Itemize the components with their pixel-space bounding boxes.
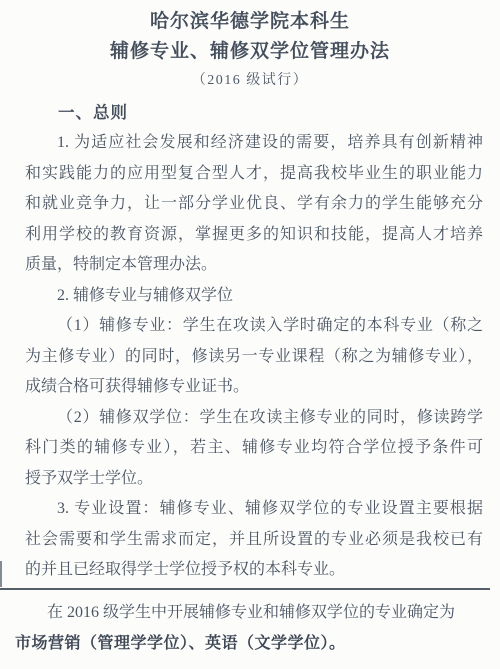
paragraph-line: 科门类的辅修专业），若主、辅修专业均符合学位授予条件可	[25, 433, 483, 464]
paragraph-line: 3. 专业设置：辅修专业、辅修双学位的专业设置主要根据	[25, 494, 483, 525]
section-heading: 一、总则	[25, 98, 483, 128]
document-title-line-1: 哈尔滨华德学院本科生	[0, 7, 500, 37]
scan-edge-artifact	[0, 561, 2, 587]
paragraph-line: 为主修专业）的同时，修读另一专业课程（称之为辅修专业），	[25, 342, 483, 373]
paragraph-line: 质量，特制定本管理办法。	[25, 250, 483, 281]
paragraph-line: 社会需要和学生需求而定，并且所设置的专业必须是我校已有	[25, 525, 483, 556]
document-title-line-2: 辅修专业、辅修双学位管理办法	[0, 37, 500, 67]
document-footer: 在 2016 级学生中开展辅修专业和辅修双学位的专业确定为 市场营销（管理学学位…	[0, 590, 500, 659]
paragraph-line: 1. 为适应社会发展和经济建设的需要，培养具有创新精神	[25, 128, 483, 159]
footer-line-majors: 市场营销（管理学学位）、英语（文学学位）。	[15, 628, 480, 659]
footer-line: 在 2016 级学生中开展辅修专业和辅修双学位的专业确定为	[15, 597, 480, 628]
paragraph-line: 2. 辅修专业与辅修双学位	[25, 281, 483, 312]
document-header: 哈尔滨华德学院本科生 辅修专业、辅修双学位管理办法 （2016 级试行）	[0, 0, 500, 94]
paragraph-line: 和实践能力的应用型复合型人才，提高我校毕业生的职业能力	[25, 159, 483, 190]
paragraph-line: （2）辅修双学位：学生在攻读主修专业的同时，修读跨学	[25, 403, 483, 434]
document-page: 哈尔滨华德学院本科生 辅修专业、辅修双学位管理办法 （2016 级试行） 一、总…	[0, 0, 500, 669]
paragraph-line: 利用学校的教育资源，掌握更多的知识和技能，提高人才培养	[25, 220, 483, 251]
document-edition-note: （2016 级试行）	[0, 67, 500, 94]
paragraph-line: 的并且已经取得学士学位授予权的本科专业。	[25, 555, 483, 586]
paragraph-line: 授予双学士学位。	[25, 464, 483, 495]
paragraph-line: 和就业竞争力，让一部分学业优良、学有余力的学生能够充分	[25, 189, 483, 220]
paragraph-line: （1）辅修专业：学生在攻读入学时确定的本科专业（称之	[25, 311, 483, 342]
paragraph-line: 成绩合格可获得辅修专业证书。	[25, 372, 483, 403]
document-body: 一、总则 1. 为适应社会发展和经济建设的需要，培养具有创新精神 和实践能力的应…	[0, 94, 500, 586]
